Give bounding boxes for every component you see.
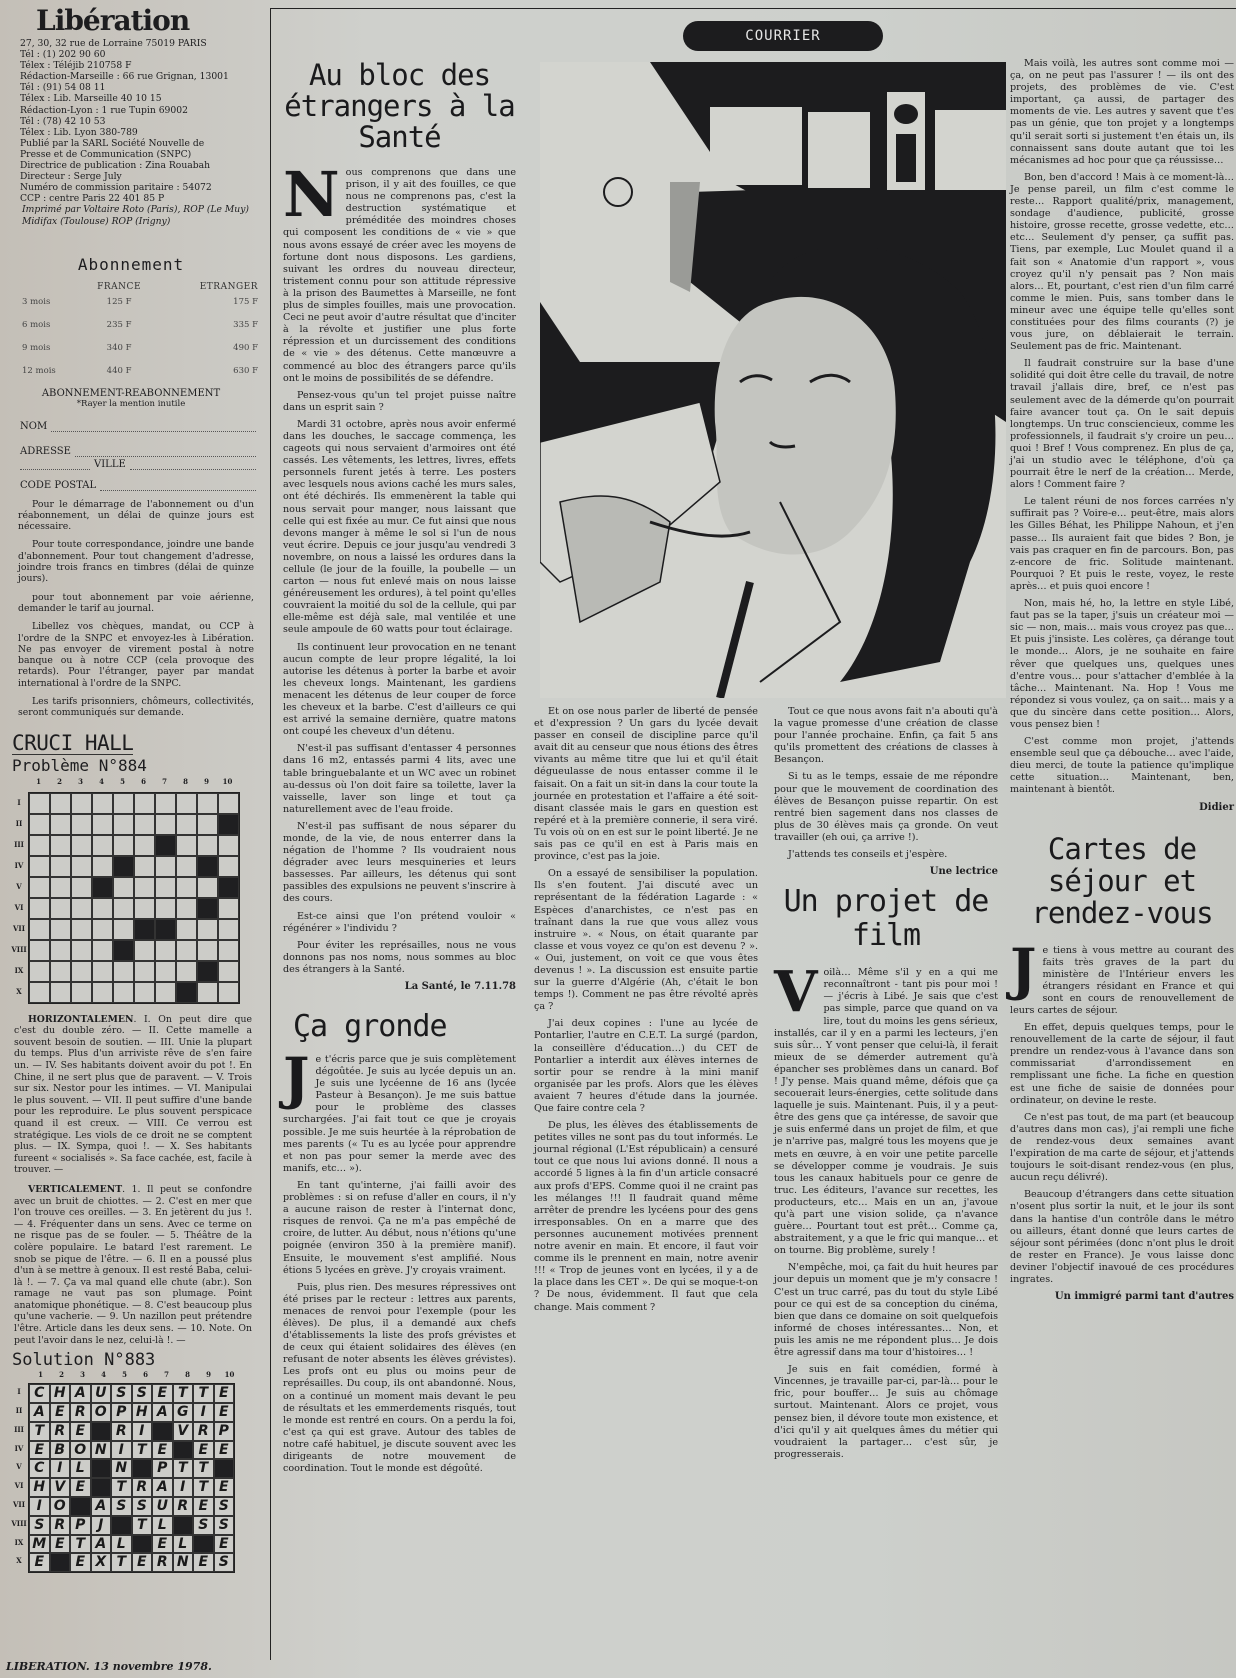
grid-label: 2 (49, 777, 70, 786)
masthead-logo: Libération (36, 4, 256, 38)
crossword-cell[interactable] (176, 856, 197, 877)
crossword-cell[interactable] (197, 877, 218, 898)
crossword-cell[interactable] (29, 814, 50, 835)
crossword-cell[interactable] (155, 961, 176, 982)
solution-cell: X (91, 1553, 112, 1572)
crossword-cell[interactable] (176, 835, 197, 856)
crossword-cell[interactable] (29, 919, 50, 940)
horizontal-clues: HORIZONTALEMEN. I. On peut dire que c'es… (6, 1014, 256, 1176)
solution-cell: S (29, 1516, 50, 1535)
crossword-cell[interactable] (92, 793, 113, 814)
imprint-line: Numéro de commission paritaire : 54072 (6, 182, 256, 193)
imprint-line: Rédaction-Lyon : 1 rue Tupin 69002 (6, 105, 256, 116)
crossword-cell[interactable] (134, 793, 155, 814)
grid-label: 9 (196, 777, 217, 786)
crossword-cell[interactable] (113, 898, 134, 919)
article-gronde-body: J e t'écris parce que je suis complèteme… (283, 1054, 516, 1475)
crossword-cell[interactable] (134, 982, 155, 1003)
crossword-cell[interactable] (29, 856, 50, 877)
black-square (132, 1535, 153, 1554)
grid-label: X (10, 981, 28, 1002)
solution-cell: J (91, 1516, 112, 1535)
price-cell: 3 mois (22, 294, 80, 315)
subscription-title: Abonnement (6, 255, 256, 274)
woman-illustration-icon (540, 62, 1006, 698)
black-square (155, 835, 176, 856)
solution-cell: E (50, 1403, 71, 1422)
price-row: 12 mois440 F630 F (22, 363, 258, 384)
solution-cell: U (152, 1497, 173, 1516)
solution-cell: T (193, 1478, 214, 1497)
article-paragraph: Mardi 31 octobre, après nous avoir enfer… (283, 419, 516, 637)
crossword-cell[interactable] (113, 877, 134, 898)
grid-label: 9 (198, 1370, 219, 1379)
solution-cell: I (173, 1478, 194, 1497)
article-paragraph: J'ai deux copines : l'une au lycée de Po… (534, 1018, 758, 1115)
solution-cell: L (70, 1459, 91, 1478)
imprint-line: Rédaction-Marseille : 66 rue Grignan, 13… (6, 71, 256, 82)
black-square (113, 940, 134, 961)
crossword-cell[interactable] (113, 793, 134, 814)
black-square (113, 856, 134, 877)
grid-label: 3 (70, 777, 91, 786)
solution-cell: O (50, 1497, 71, 1516)
article-paragraph: Bon, ben d'accord ! Mais à ce moment-là…… (1010, 172, 1234, 353)
crossword-cell[interactable] (92, 835, 113, 856)
black-square (197, 856, 218, 877)
article-paragraph: En effet, depuis quelques temps, pour le… (1010, 1022, 1234, 1107)
solution-cell: T (132, 1516, 153, 1535)
crossword-cell[interactable] (71, 877, 92, 898)
black-square (197, 961, 218, 982)
crossword-cell[interactable] (50, 898, 71, 919)
crossword-cell[interactable] (176, 898, 197, 919)
solution-cell: E (152, 1535, 173, 1554)
grid-label: 6 (133, 777, 154, 786)
crossword-cell[interactable] (218, 982, 239, 1003)
article-sante-body: N ous comprenons que dans une prison, il… (283, 167, 516, 976)
solution-cell: A (70, 1384, 91, 1403)
solution-cell: V (50, 1478, 71, 1497)
solution-cell: H (132, 1403, 153, 1422)
solution-cell: A (29, 1403, 50, 1422)
crossword-cell[interactable] (92, 814, 113, 835)
footer-date-line: LIBERATION. 13 novembre 1978. (6, 1660, 212, 1673)
article-paragraph: N'est-il pas suffisant d'entasser 4 pers… (283, 743, 516, 816)
crossword-cell[interactable] (218, 898, 239, 919)
solution-cell: E (70, 1478, 91, 1497)
crossword-cell[interactable] (134, 898, 155, 919)
price-cell: 12 mois (22, 363, 80, 384)
column-header-etranger: ETRANGER (159, 282, 258, 292)
crossword-cell[interactable] (176, 793, 197, 814)
black-square (111, 1516, 132, 1535)
crossword-cell[interactable] (113, 961, 134, 982)
grid-label: VIII (10, 1515, 28, 1534)
imprint-line: Télex : Téléjib 210758 F (6, 60, 256, 71)
black-square (50, 1553, 71, 1572)
subscription-note: *Rayer la mention inutile (6, 399, 256, 409)
crossword-cell[interactable] (134, 961, 155, 982)
crossword-cell[interactable] (218, 940, 239, 961)
crossword-cell[interactable] (92, 961, 113, 982)
city-label: VILLE (94, 459, 126, 470)
article-paragraph: Et on ose nous parler de liberté de pens… (534, 706, 758, 863)
solution-cell: O (91, 1403, 112, 1422)
crossword-cell[interactable] (71, 793, 92, 814)
price-cell: 6 mois (22, 317, 80, 338)
solution-cell: R (50, 1516, 71, 1535)
solution-cell: P (214, 1422, 235, 1441)
signature-cartes: Un immigré parmi tant d'autres (1010, 1291, 1234, 1302)
solution-cell: E (214, 1478, 235, 1497)
black-square (92, 877, 113, 898)
crossword-cell[interactable] (92, 940, 113, 961)
crossword-cell[interactable] (92, 898, 113, 919)
grid-label: 7 (154, 777, 175, 786)
crossword-cell[interactable] (71, 856, 92, 877)
crossword-cell[interactable] (197, 793, 218, 814)
headline-ca-gronde: Ça gronde (283, 1010, 516, 1044)
solution-cell: S (132, 1384, 153, 1403)
solution-cell: R (193, 1422, 214, 1441)
solution-cell: G (173, 1403, 194, 1422)
imprint-line: Directrice de publication : Zina Rouabah (6, 160, 256, 171)
grid-label: 7 (156, 1370, 177, 1379)
price-cell: 340 F (82, 340, 157, 361)
column-3: Et on ose nous parler de liberté de pens… (530, 706, 762, 1319)
crossword-cell[interactable] (71, 814, 92, 835)
crossword-cell[interactable] (29, 940, 50, 961)
postal-code-field[interactable]: CODE POSTAL (20, 480, 256, 491)
grid-label: 4 (91, 777, 112, 786)
postal-code-label: CODE POSTAL (20, 480, 96, 491)
crossword-cell[interactable] (155, 982, 176, 1003)
imprint-line: Télex : Lib. Lyon 380-789 (6, 127, 256, 138)
solution-cell: E (193, 1497, 214, 1516)
solution-cell: H (29, 1478, 50, 1497)
city-field[interactable]: VILLE (20, 459, 256, 470)
article-paragraph: Tout ce que nous avons fait n'a abouti q… (774, 706, 998, 766)
crossword-cell[interactable] (113, 814, 134, 835)
crossword-cell[interactable] (71, 961, 92, 982)
crossword-cell[interactable] (218, 919, 239, 940)
solution-cell: S (111, 1384, 132, 1403)
grid-label: IV (10, 1440, 28, 1459)
solution-cell: O (70, 1441, 91, 1460)
article-paragraph: Si tu as le temps, essaie de me répondre… (774, 771, 998, 844)
crossword-cell[interactable] (71, 919, 92, 940)
crossword-cell[interactable] (50, 835, 71, 856)
grid-label: I (10, 1383, 28, 1402)
solution-cell: T (29, 1422, 50, 1441)
grid-label: VII (10, 1496, 28, 1515)
crossword-cell[interactable] (50, 856, 71, 877)
article-paragraph: N'est-il pas suffisant de nous séparer d… (283, 821, 516, 906)
price-cell: 335 F (159, 317, 258, 338)
crossword-cell[interactable] (134, 877, 155, 898)
black-square (176, 982, 197, 1003)
solution-cell: T (70, 1535, 91, 1554)
crossword-cell[interactable] (155, 856, 176, 877)
article-paragraph: Ce n'est pas tout, de ma part (et beauco… (1010, 1112, 1234, 1185)
column-header-france: FRANCE (82, 282, 157, 292)
article-paragraph: e t'écris parce que je suis complètement… (283, 1054, 516, 1175)
article-paragraph: On a essayé de sensibiliser la populatio… (534, 868, 758, 1013)
grid-label: III (10, 834, 28, 855)
crossword-cell[interactable] (155, 898, 176, 919)
article-paragraph: Non, mais hé, ho, la lettre en style Lib… (1010, 598, 1234, 731)
black-square (132, 1459, 153, 1478)
imprint-line: Publié par la SARL Société Nouvelle de (6, 138, 256, 149)
crossword-cell[interactable] (92, 982, 113, 1003)
solution-cell: E (152, 1441, 173, 1460)
crossword-cell[interactable] (29, 793, 50, 814)
solution-cell: E (193, 1553, 214, 1572)
grid-label: X (10, 1552, 28, 1571)
solution-cell: P (111, 1403, 132, 1422)
solution-cell: R (70, 1403, 91, 1422)
column-2: Au bloc des étrangers à la Santé N ous c… (275, 22, 520, 1480)
grid-label: 5 (112, 777, 133, 786)
crossword-cell[interactable] (50, 814, 71, 835)
crossword-cell[interactable] (113, 919, 134, 940)
solution-cell: R (111, 1422, 132, 1441)
solution-cell: I (111, 1441, 132, 1460)
illustration-woman (540, 62, 1006, 698)
address-field[interactable]: ADRESSE (20, 446, 256, 457)
signature-sante: La Santé, le 7.11.78 (283, 981, 516, 992)
crossword-cell[interactable] (218, 835, 239, 856)
solution-cell: C (29, 1384, 50, 1403)
black-square (193, 1535, 214, 1554)
article-paragraph: En tant qu'interne, j'ai failli avoir de… (283, 1180, 516, 1277)
signature-film: Didier (1010, 802, 1234, 813)
solution-column-labels: 12345678910 (30, 1370, 240, 1379)
imprint-block: 27, 30, 32 rue de Lorraine 75019 PARISTé… (6, 38, 256, 204)
grid-label: VIII (10, 939, 28, 960)
grid-label: III (10, 1421, 28, 1440)
solution-cell: I (193, 1403, 214, 1422)
imprint-line: Tél : (78) 42 10 53 (6, 116, 256, 127)
instruction-paragraph: Pour toute correspondance, joindre une b… (6, 539, 256, 584)
solution-cell: A (91, 1535, 112, 1554)
crossword-cell[interactable] (218, 793, 239, 814)
section-label-courrier: COURRIER (683, 21, 883, 51)
solution-cell: T (193, 1384, 214, 1403)
crossword-cell[interactable] (176, 814, 197, 835)
black-square (70, 1497, 91, 1516)
solution-cell: T (111, 1478, 132, 1497)
solution-cell: E (29, 1553, 50, 1572)
article-paragraph: C'est comme mon projet, j'attends ensemb… (1010, 736, 1234, 796)
crossword-cell[interactable] (71, 898, 92, 919)
black-square (91, 1478, 112, 1497)
price-cell: 630 F (159, 363, 258, 384)
solution-cell: E (29, 1441, 50, 1460)
instruction-paragraph: Les tarifs prisonniers, chômeurs, collec… (6, 696, 256, 719)
crossword-cell[interactable] (50, 961, 71, 982)
vertical-clues: VERTICALEMENT. 1. Il peut se confondre a… (6, 1184, 256, 1346)
crossword-cell[interactable] (155, 814, 176, 835)
price-cell: 440 F (82, 363, 157, 384)
crossword-cell[interactable] (113, 982, 134, 1003)
left-sidebar-column: Libération 27, 30, 32 rue de Lorraine 75… (0, 0, 262, 1678)
solution-cell: S (214, 1497, 235, 1516)
solution-cell: P (70, 1516, 91, 1535)
article-paragraph: Est-ce ainsi que l'on prétend vouloir « … (283, 911, 516, 935)
solution-cell: T (193, 1459, 214, 1478)
black-square (155, 919, 176, 940)
crossword-cell[interactable] (134, 856, 155, 877)
headline-projet-film: Un projet de film (774, 885, 998, 953)
solution-cell: E (214, 1441, 235, 1460)
solution-cell: A (152, 1478, 173, 1497)
instruction-paragraph: pour tout abonnement par voie aérienne, … (6, 592, 256, 615)
article-cartes-body: J e tiens à vous mettre au courant des f… (1010, 945, 1234, 1287)
crossword-cell[interactable] (176, 919, 197, 940)
crossword-cell[interactable] (218, 856, 239, 877)
crossword-cell[interactable] (155, 940, 176, 961)
grid-label: 5 (114, 1370, 135, 1379)
crossword-cell[interactable] (155, 793, 176, 814)
subscription-price-table: FRANCE ETRANGER 3 mois125 F175 F6 mois23… (20, 280, 260, 386)
crossword-cell[interactable] (197, 940, 218, 961)
crossword-column-labels: 12345678910 (28, 777, 238, 786)
crossword-cell[interactable] (29, 898, 50, 919)
crossword-cell[interactable] (176, 877, 197, 898)
solution-grid: CHAUSSETTEAEROPHAGIETRERIVRPEBONITEEECIL… (28, 1383, 235, 1573)
crossword-cell[interactable] (92, 856, 113, 877)
solution-cell: B (50, 1441, 71, 1460)
grid-label: 6 (135, 1370, 156, 1379)
grid-label: IX (10, 960, 28, 981)
dropcap: J (1010, 947, 1037, 995)
solution-cell: N (111, 1459, 132, 1478)
solution-cell: I (50, 1459, 71, 1478)
column-header (22, 282, 80, 292)
crossword-row-labels: IIIIIIIVVVIVIIVIIIIXX (10, 792, 28, 1004)
crossword-cell[interactable] (155, 877, 176, 898)
column-4: Tout ce que nous avons fait n'a abouti q… (770, 706, 1002, 1466)
solution-cell: R (152, 1553, 173, 1572)
crossword-cell[interactable] (134, 814, 155, 835)
solution-cell: S (193, 1516, 214, 1535)
price-cell: 175 F (159, 294, 258, 315)
column-5: Mais voilà, les autres sont comme moi — … (1006, 58, 1236, 1308)
imprint-line: Directeur : Serge July (6, 171, 256, 182)
imprint-line: Télex : Lib. Marseille 40 10 15 (6, 93, 256, 104)
crossword-cell[interactable] (50, 940, 71, 961)
solution-cell: E (70, 1422, 91, 1441)
article-paragraph: e tiens à vous mettre au courant des fai… (1010, 945, 1234, 1018)
solution-cell: H (50, 1384, 71, 1403)
crossword-cell[interactable] (71, 982, 92, 1003)
crossword-section-title: CRUCI HALL (12, 732, 133, 755)
crossword-cell[interactable] (197, 982, 218, 1003)
crossword-cell[interactable] (50, 919, 71, 940)
crossword-problem-title: Problème N°884 (12, 755, 256, 777)
solution-cell: P (152, 1459, 173, 1478)
crossword-cell[interactable] (197, 919, 218, 940)
solution-cell: U (91, 1384, 112, 1403)
name-field[interactable]: NOM (20, 421, 256, 432)
solution-cell: E (193, 1441, 214, 1460)
solution-cell: I (132, 1422, 153, 1441)
crossword-cell[interactable] (29, 961, 50, 982)
crossword-cell[interactable] (29, 877, 50, 898)
address-label: ADRESSE (20, 446, 71, 457)
solution-row-labels: IIIIIIIVVVIVIIVIIIIXX (10, 1383, 28, 1573)
imprint-line: Tél : (91) 54 08 11 (6, 82, 256, 93)
article-paragraph: Mais voilà, les autres sont comme moi — … (1010, 58, 1234, 167)
headline-cartes-sejour: Cartes de séjour et rendez-vous (1010, 833, 1234, 929)
crossword-cell[interactable] (113, 835, 134, 856)
crossword-cell[interactable] (50, 793, 71, 814)
article-paragraph: De plus, les élèves des établissements d… (534, 1120, 758, 1314)
black-square (91, 1422, 112, 1441)
solution-cell: T (173, 1384, 194, 1403)
imprint-line: CCP : centre Paris 22 401 85 P (6, 193, 256, 204)
solution-cell: S (111, 1497, 132, 1516)
grid-label: I (10, 792, 28, 813)
price-row: 9 mois340 F490 F (22, 340, 258, 361)
crossword-cell[interactable] (134, 940, 155, 961)
crossword-grid[interactable] (28, 792, 240, 1004)
solution-cell: L (111, 1535, 132, 1554)
subscription-subhead: ABONNEMENT-REABONNEMENT (6, 388, 256, 399)
imprint-line: Presse et de Communication (SNPC) (6, 149, 256, 160)
grid-label: 10 (217, 777, 238, 786)
price-cell: 490 F (159, 340, 258, 361)
subscription-instructions: Pour le démarrage de l'abonnement ou d'u… (6, 499, 256, 719)
grid-label: 2 (51, 1370, 72, 1379)
price-cell: 235 F (82, 317, 157, 338)
crossword-cell[interactable] (29, 982, 50, 1003)
crossword-cell[interactable] (50, 982, 71, 1003)
crossword-cell[interactable] (71, 940, 92, 961)
crossword-cell[interactable] (71, 835, 92, 856)
black-square (214, 1459, 235, 1478)
black-square (173, 1441, 194, 1460)
article-paragraph: Pensez-vous qu'un tel projet puisse naît… (283, 390, 516, 414)
crossword-cell[interactable] (50, 877, 71, 898)
grid-label: VII (10, 918, 28, 939)
black-square (91, 1459, 112, 1478)
grid-label: II (10, 1402, 28, 1421)
black-square (173, 1516, 194, 1535)
crossword-cell[interactable] (29, 835, 50, 856)
price-row: 3 mois125 F175 F (22, 294, 258, 315)
crossword-cell[interactable] (134, 835, 155, 856)
crossword-cell[interactable] (176, 961, 197, 982)
solution-cell: I (29, 1497, 50, 1516)
dropcap: N (283, 169, 340, 222)
crossword-cell[interactable] (197, 835, 218, 856)
crossword-cell[interactable] (92, 919, 113, 940)
solution-cell: T (173, 1459, 194, 1478)
grid-label: V (10, 1458, 28, 1477)
crossword-cell[interactable] (218, 961, 239, 982)
article-paragraph: Puis, plus rien. Des mesures répressives… (283, 1282, 516, 1476)
name-label: NOM (20, 421, 47, 432)
solution-cell: S (214, 1553, 235, 1572)
article-paragraph: N'empêche, moi, ça fait du huit heures p… (774, 1262, 998, 1359)
solution-cell: R (50, 1422, 71, 1441)
crossword-cell[interactable] (197, 814, 218, 835)
solution-cell: E (50, 1535, 71, 1554)
crossword-cell[interactable] (176, 940, 197, 961)
